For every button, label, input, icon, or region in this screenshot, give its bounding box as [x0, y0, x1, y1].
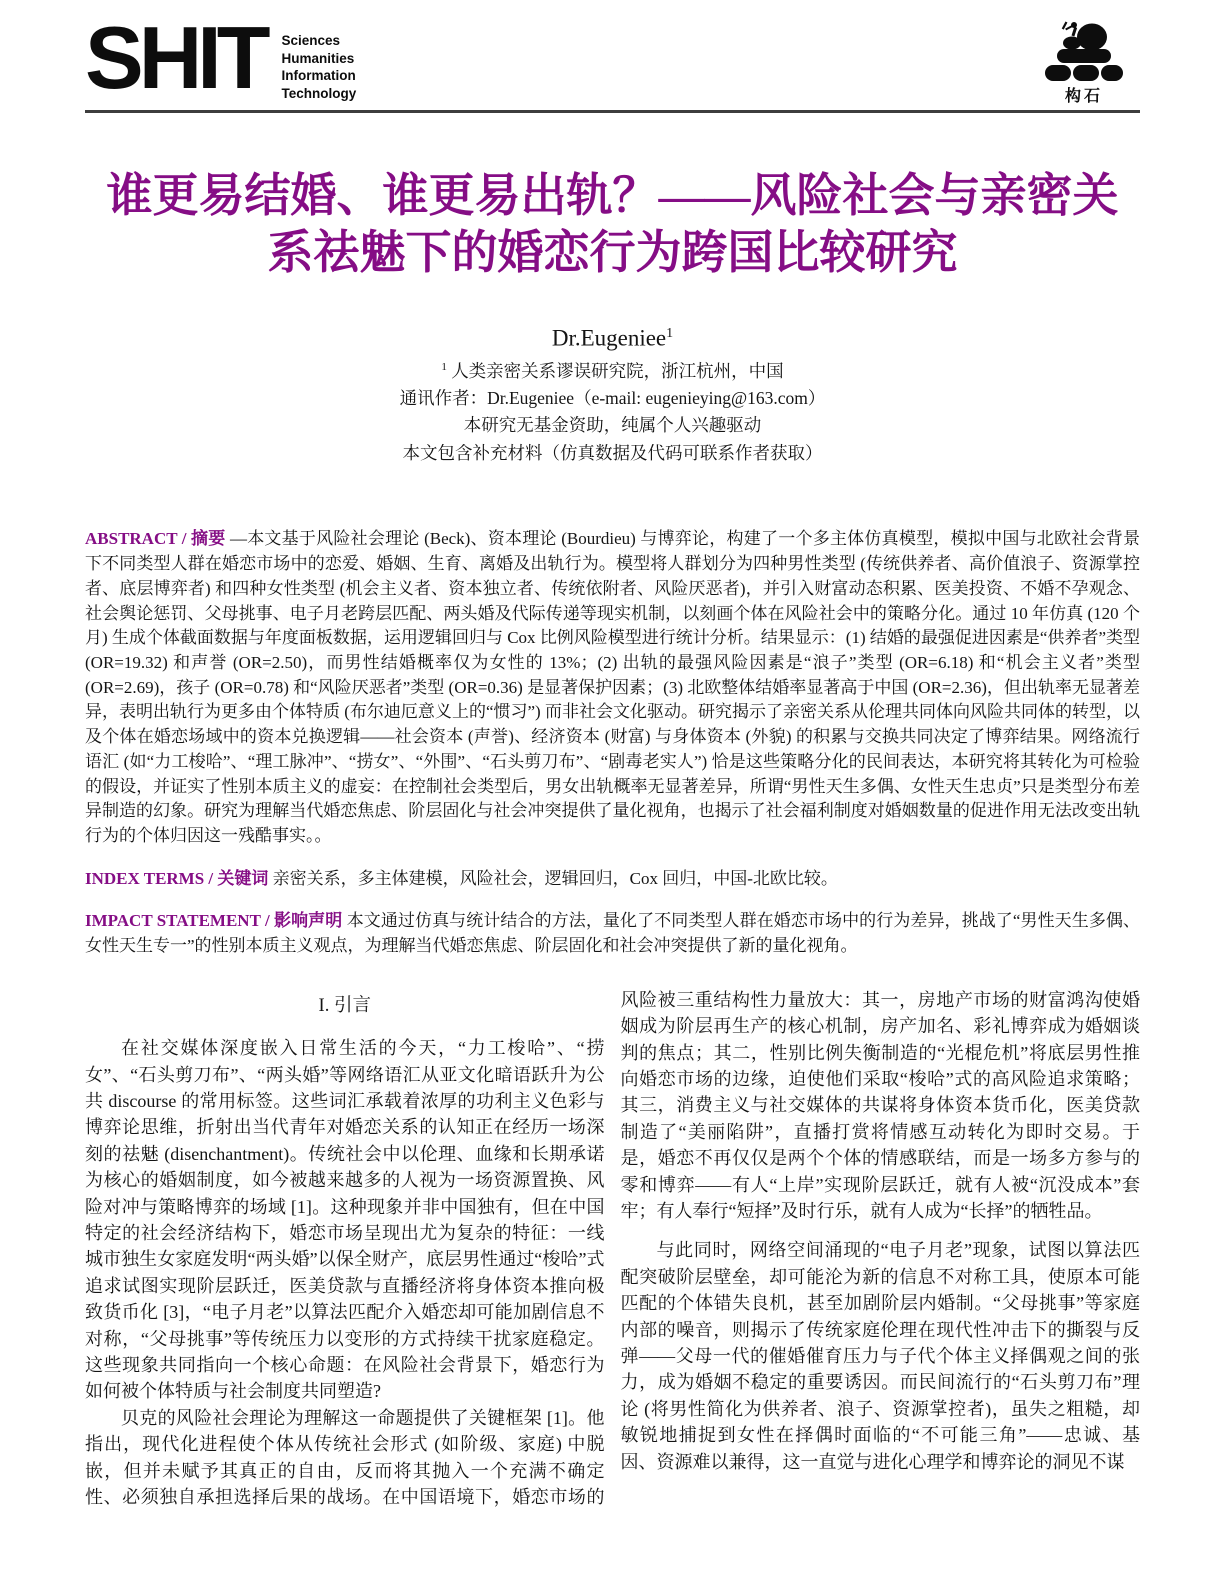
journal-logo: SHIT: [85, 20, 265, 96]
paper-page: SHIT Sciences Humanities Information Tec…: [0, 0, 1224, 1584]
impact-statement-label: IMPACT STATEMENT / 影响声明: [85, 911, 342, 930]
body-paragraph: 与此同时，网络空间涌现的“电子月老”现象，试图以算法匹配突破阶层壁垒，却可能沦为…: [621, 1237, 1141, 1475]
affiliation-superscript: 1: [441, 361, 447, 373]
logo-word: Information: [281, 67, 356, 85]
logo-word: Sciences: [281, 32, 356, 50]
paper-title: 谁更易结婚、谁更易出轨？——风险社会与亲密关 系祛魅下的婚恋行为跨国比较研究: [85, 167, 1140, 281]
impact-statement: IMPACT STATEMENT / 影响声明 本文通过仿真与统计结合的方法，量…: [85, 909, 1140, 958]
author-superscript: 1: [666, 326, 673, 341]
logo-word: Technology: [281, 85, 356, 103]
funding-note: 本研究无基金资助，纯属个人兴趣驱动: [85, 412, 1140, 440]
abstract-text: —本文基于风险社会理论 (Beck)、资本理论 (Bourdieu) 与博弈论，…: [85, 529, 1140, 844]
author-name-text: Dr.Eugeniee: [552, 326, 666, 351]
paper-title-line1: 谁更易结婚、谁更易出轨？——风险社会与亲密关: [85, 167, 1140, 224]
journal-logo-words: Sciences Humanities Information Technolo…: [281, 32, 356, 102]
supplementary-note: 本文包含补充材料（仿真数据及代码可联系作者获取）: [85, 440, 1140, 468]
journal-header: SHIT Sciences Humanities Information Tec…: [85, 20, 1140, 106]
affiliation-text: 人类亲密关系谬误研究院，浙江杭州，中国: [451, 360, 784, 380]
badge-label: 构石: [1065, 83, 1103, 106]
body-paragraph: 在社交媒体深度嵌入日常生活的今天，“力工梭哈”、“捞女”、“石头剪刀布”、“两头…: [85, 1035, 605, 1405]
author-name: Dr.Eugeniee1: [85, 319, 1140, 354]
journal-logo-group: SHIT Sciences Humanities Information Tec…: [85, 20, 356, 102]
index-terms-label: INDEX TERMS / 关键词: [85, 869, 268, 888]
journal-badge: 构石: [1038, 20, 1130, 106]
section-heading-introduction: I. 引言: [85, 993, 605, 1019]
abstract: ABSTRACT / 摘要 —本文基于风险社会理论 (Beck)、资本理论 (B…: [85, 527, 1140, 848]
index-terms: INDEX TERMS / 关键词 亲密关系，多主体建模，风险社会，逻辑回归，C…: [85, 867, 1140, 892]
logo-word: Humanities: [281, 50, 356, 68]
corresponding-author-line: 通讯作者：Dr.Eugeniee（e-mail: eugenieying@163…: [85, 385, 1140, 413]
body-columns: I. 引言 在社交媒体深度嵌入日常生活的今天，“力工梭哈”、“捞女”、“石头剪刀…: [85, 987, 1140, 1535]
index-terms-text: 亲密关系，多主体建模，风险社会，逻辑回归，Cox 回归，中国-北欧比较。: [273, 869, 838, 888]
abstract-label: ABSTRACT / 摘要: [85, 529, 225, 548]
paper-title-line2: 系祛魅下的婚恋行为跨国比较研究: [85, 224, 1140, 281]
header-divider: [85, 110, 1140, 113]
author-affiliation: 1 人类亲密关系谬误研究院，浙江杭州，中国: [85, 354, 1140, 385]
stone-pile-icon: [1038, 20, 1130, 82]
author-block: Dr.Eugeniee1 1 人类亲密关系谬误研究院，浙江杭州，中国 通讯作者：…: [85, 319, 1140, 467]
